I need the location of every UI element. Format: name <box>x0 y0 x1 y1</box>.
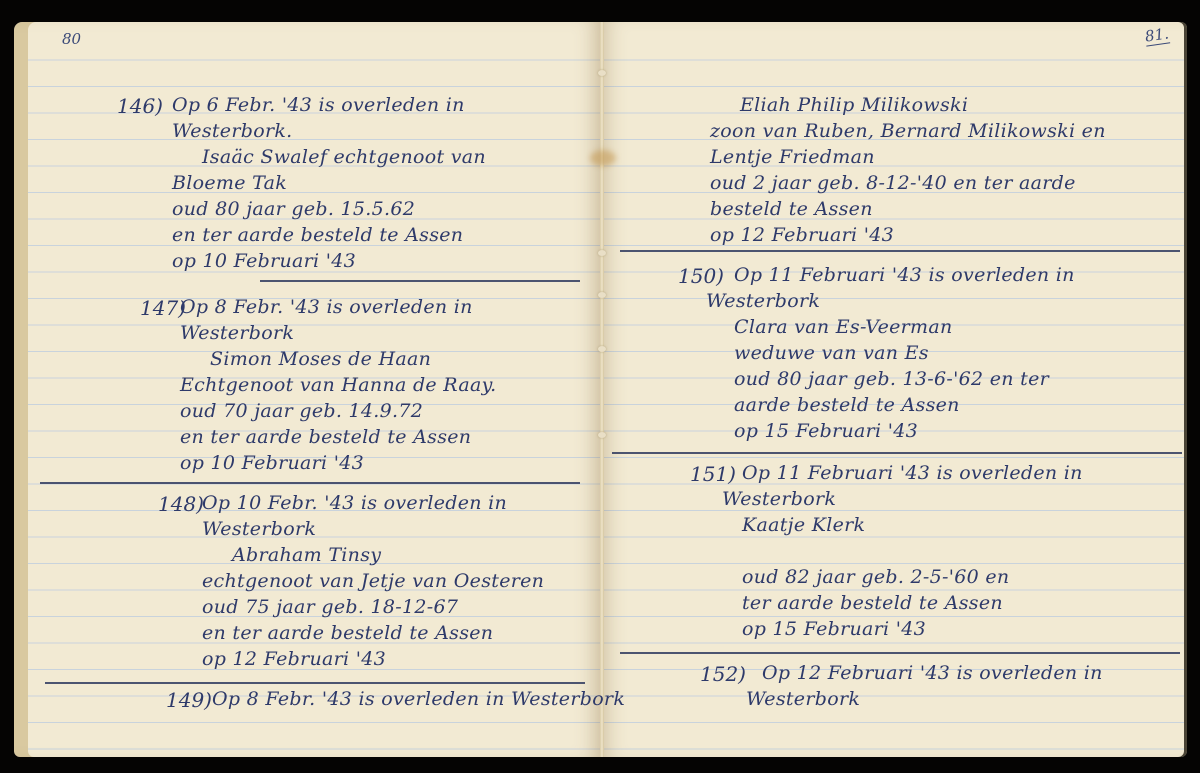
entry-line: op 15 Februari '43 <box>734 418 1075 444</box>
entry-line: oud 2 jaar geb. 8-12-'40 en ter aarde <box>710 170 1106 196</box>
entry-line: Op 12 Februari '43 is overleden in <box>762 660 1103 686</box>
entry-line: Westerbork <box>746 686 1103 712</box>
entry-line: aarde besteld te Assen <box>734 392 1075 418</box>
entry-number: 152) <box>700 662 746 686</box>
entry-line: en ter aarde besteld te Assen <box>172 222 486 248</box>
entry-line: ter aarde besteld te Assen <box>742 590 1083 616</box>
entry-line: Westerbork <box>722 486 1083 512</box>
entry-line: weduwe van van Es <box>734 340 1075 366</box>
entry-line: Westerbork <box>180 320 496 346</box>
entry-line: Westerbork <box>202 516 544 542</box>
entry-divider <box>45 682 585 684</box>
entry-line: Op 11 Februari '43 is overleden in <box>742 460 1083 486</box>
entry-line: echtgenoot van Jetje van Oesteren <box>202 568 544 594</box>
binding-stitch <box>598 292 606 298</box>
entry-number: 150) <box>678 264 724 288</box>
entry-line: Echtgenoot van Hanna de Raay. <box>180 372 496 398</box>
entry-line: zoon van Ruben, Bernard Milikowski en <box>710 118 1106 144</box>
deceased-name: Simon Moses de Haan <box>180 346 496 372</box>
entry-number: 149) <box>166 688 212 712</box>
entry-line: oud 80 jaar geb. 15.5.62 <box>172 196 486 222</box>
entry-line: oud 82 jaar geb. 2-5-'60 en <box>742 564 1083 590</box>
entry-number: 148) <box>158 492 204 516</box>
register-entry-149: Op 8 Febr. '43 is overleden in Westerbor… <box>212 686 625 712</box>
entry-line: Op 11 Februari '43 is overleden in <box>734 262 1075 288</box>
paper-stain <box>590 150 616 166</box>
deceased-name: Clara van Es-Veerman <box>734 314 1075 340</box>
entry-line: op 12 Februari '43 <box>710 222 1106 248</box>
page-number-left: 80 <box>62 30 81 48</box>
register-entry-152: Op 12 Februari '43 is overleden in Weste… <box>762 660 1103 712</box>
deceased-name: Abraham Tinsy <box>202 542 544 568</box>
entry-divider <box>40 482 580 484</box>
entry-line: oud 75 jaar geb. 18-12-67 <box>202 594 544 620</box>
notebook-spread: 80 81. 146) Op 6 Febr. '43 is overleden … <box>0 0 1200 773</box>
register-entry-151: Op 11 Februari '43 is overleden in Weste… <box>742 460 1083 642</box>
binding-stitch <box>598 432 606 438</box>
entry-line: besteld te Assen <box>710 196 1106 222</box>
entry-line: Bloeme Tak <box>172 170 486 196</box>
entry-divider <box>620 250 1180 252</box>
entry-line: op 12 Februari '43 <box>202 646 544 672</box>
book-spine <box>600 22 604 757</box>
binding-stitch <box>598 346 606 352</box>
binding-stitch <box>598 70 606 76</box>
entry-line: op 15 Februari '43 <box>742 616 1083 642</box>
entry-line: Op 8 Febr. '43 is overleden in Westerbor… <box>212 686 625 712</box>
entry-line: Op 8 Febr. '43 is overleden in <box>180 294 496 320</box>
entry-number: 151) <box>690 462 736 486</box>
register-entry-147: Op 8 Febr. '43 is overleden in Westerbor… <box>180 294 496 476</box>
entry-line: Westerbork. <box>172 118 486 144</box>
register-entry-continuation: Eliah Philip Milikowski zoon van Ruben, … <box>710 92 1106 248</box>
entry-line: oud 80 jaar geb. 13-6-'62 en ter <box>734 366 1075 392</box>
register-entry-150: Op 11 Februari '43 is overleden in Weste… <box>734 262 1075 444</box>
entry-divider <box>612 452 1182 454</box>
page-number-right: 81. <box>1144 24 1170 46</box>
entry-line: Lentje Friedman <box>710 144 1106 170</box>
deceased-name: Isaäc Swalef echtgenoot van <box>172 144 486 170</box>
deceased-name: Kaatje Klerk <box>742 512 1083 538</box>
entry-line: Op 6 Febr. '43 is overleden in <box>172 92 486 118</box>
register-entry-146: Op 6 Febr. '43 is overleden in Westerbor… <box>172 92 486 274</box>
entry-divider <box>620 652 1180 654</box>
entry-divider <box>260 280 580 282</box>
binding-stitch <box>598 250 606 256</box>
entry-number: 146) <box>117 94 163 118</box>
register-entry-148: Op 10 Febr. '43 is overleden in Westerbo… <box>202 490 544 672</box>
entry-line: Op 10 Febr. '43 is overleden in <box>202 490 544 516</box>
deceased-name: Eliah Philip Milikowski <box>710 92 1106 118</box>
entry-line <box>742 538 1083 564</box>
entry-line: oud 70 jaar geb. 14.9.72 <box>180 398 496 424</box>
entry-line: op 10 Februari '43 <box>180 450 496 476</box>
entry-line: en ter aarde besteld te Assen <box>202 620 544 646</box>
entry-line: op 10 Februari '43 <box>172 248 486 274</box>
entry-line: Westerbork <box>706 288 1075 314</box>
entry-line: en ter aarde besteld te Assen <box>180 424 496 450</box>
